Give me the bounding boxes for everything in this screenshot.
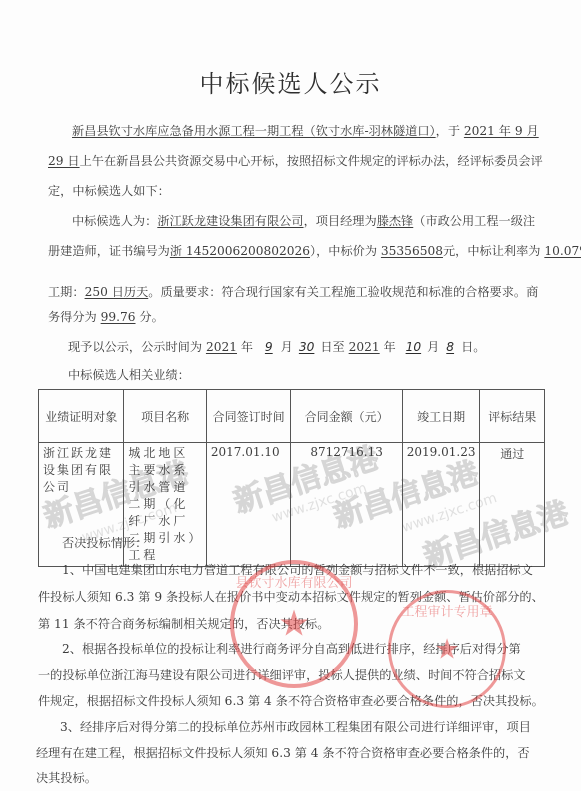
cell-amount: 8712716.13 <box>291 443 402 567</box>
project-manager: 滕杰锋 <box>377 214 414 228</box>
end-month: 10 <box>400 340 428 354</box>
candidate-line-2: 册建造师，证书编号为浙 1452006200802026），中标价为 35356… <box>48 244 581 258</box>
start-month: 9 <box>257 340 281 354</box>
rejection-heading: 否决投标情形： <box>62 536 147 550</box>
document-page: 新昌信息港 www.zjxc.com 新昌信息港 www.zjxc.com 新昌… <box>0 0 581 791</box>
business-score: 99.76 <box>101 310 136 324</box>
open-date-part2: 29 日 <box>48 154 80 168</box>
header-amount: 合同金额（元） <box>291 390 402 443</box>
rejection-3-line-3: 决其投标。 <box>36 771 97 785</box>
candidate-line-4: 务得分为 99.76 分。 <box>48 310 164 324</box>
intro-line-3: 定，中标候选人如下： <box>48 184 170 198</box>
duration: 250 日历天 <box>85 285 149 299</box>
header-completion-date: 竣工日期 <box>402 390 480 443</box>
discount-rate: 10.07% <box>544 244 581 258</box>
rejection-2-line-3: 件规定，根据招标文件投标人须知 6.3 第 4 条不符合资格审查必要合格条件的，… <box>38 694 544 708</box>
candidate-company: 浙江跃龙建设集团有限公司 <box>157 214 303 228</box>
header-result: 评标结果 <box>480 390 545 443</box>
header-project-name: 项目名称 <box>124 390 206 443</box>
certificate-number: 浙 1452006200802026 <box>170 244 310 258</box>
header-sign-date: 合同签订时间 <box>206 390 291 443</box>
rejection-2-line-1: 2、根据各投标单位的投标让利率进行商务评分自高到低进行排序，经排序后对得分第 <box>62 642 521 656</box>
rejection-3-line-2: 经理有在建工程，根据招标文件投标人须知 6.3 第 4 条不符合资格审查必要合格… <box>36 746 530 760</box>
project-name: 新昌县钦寸水库应急备用水源工程一期工程（钦寸水库-羽林隧道口） <box>72 124 436 138</box>
bid-price: 35356508 <box>381 244 443 258</box>
intro-line-2: 29 日上午在新昌县公共资源交易中心开标，按照招标文件规定的评标办法，经评标委员… <box>48 154 543 168</box>
rejection-1-line-3: 第 11 条不符合商务标编制相关规定的，否决其投标。 <box>38 617 329 631</box>
rejection-1-line-1: 1、中国电建集团山东电力管道工程有限公司的暂列金额与招标文件不一致，根据招标文 <box>62 563 533 577</box>
open-date-part1: 2021 年 9 月 <box>464 124 539 138</box>
rejection-3-line-1: 3、经排序后对得分第二的投标单位苏州市政园林工程集团有限公司进行详细评审，项目 <box>60 720 531 734</box>
intro-line-1: 新昌县钦寸水库应急备用水源工程一期工程（钦寸水库-羽林隧道口），于 2021 年… <box>72 124 539 138</box>
publicity-line: 现予以公示，公示时间为 2021 年 9月30日至 2021 年 10月8日。 <box>68 340 485 354</box>
cell-completion-date: 2019.01.23 <box>402 443 480 567</box>
start-day: 30 <box>293 340 321 354</box>
table-header-row: 业绩证明对象 项目名称 合同签订时间 合同金额（元） 竣工日期 评标结果 <box>39 390 545 443</box>
performance-label: 中标候选人相关业绩： <box>68 368 190 382</box>
candidate-line-3: 工期：250 日历天。质量要求：符合现行国家有关工程施工验收规范和标准的合格要求… <box>48 285 538 299</box>
start-year: 2021 <box>206 340 237 354</box>
candidate-line-1: 中标候选人为：浙江跃龙建设集团有限公司，项目经理为滕杰锋（市政公用工程一级注 <box>72 214 535 228</box>
rejection-1-line-2: 件投标人须知 6.3 第 9 条投标人在报价书中变动本招标文件规定的暂列金额、暂… <box>38 590 544 604</box>
end-day: 8 <box>439 340 461 354</box>
cell-sign-date: 2017.01.10 <box>206 443 291 567</box>
end-year: 2021 <box>349 340 380 354</box>
page-title: 中标候选人公示 <box>0 64 581 99</box>
header-object: 业绩证明对象 <box>39 390 124 443</box>
cell-result: 通过 <box>480 443 545 567</box>
rejection-2-line-2: 一的投标单位浙江海马建设有限公司进行详细评审，投标人提供的业绩、时间不符合招标文 <box>38 668 526 682</box>
